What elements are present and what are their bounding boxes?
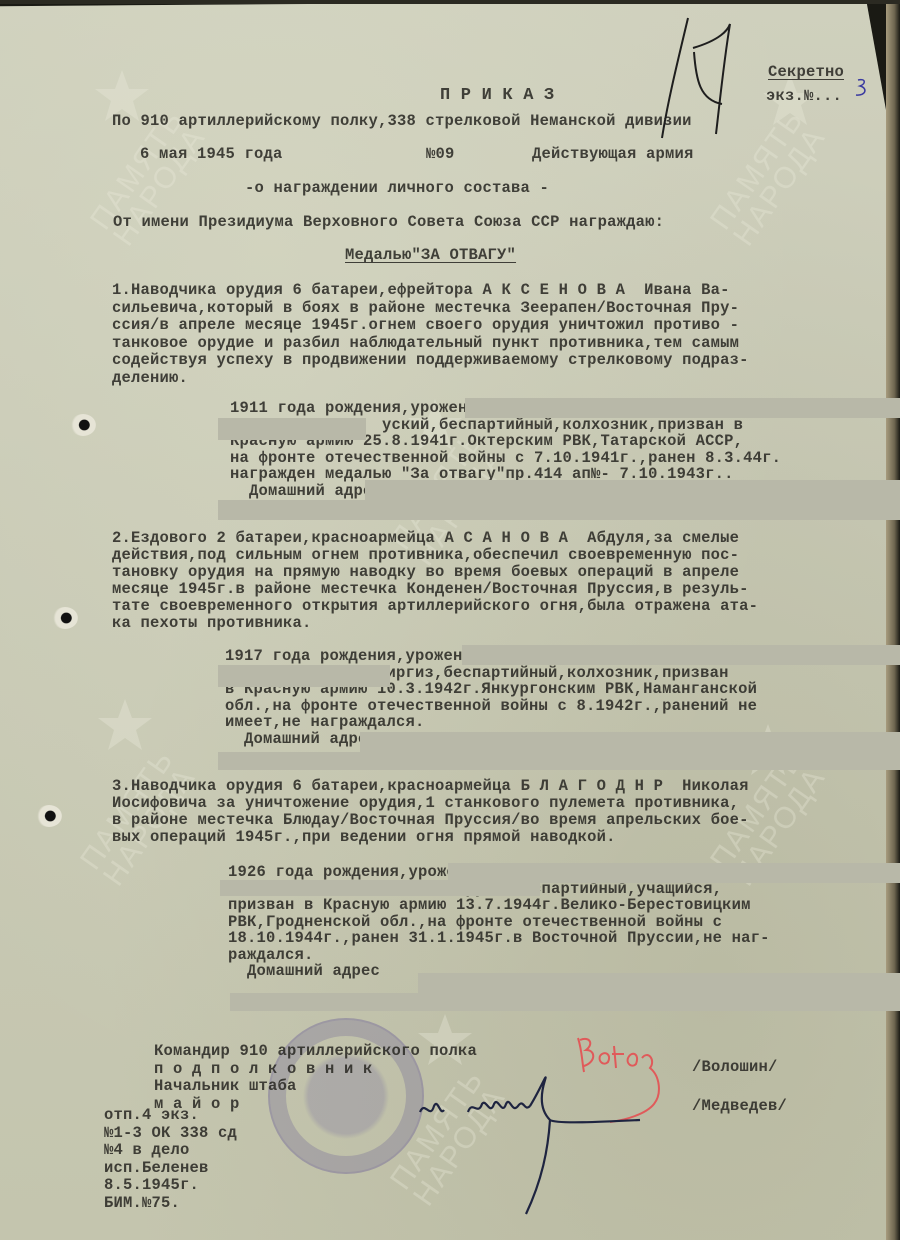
order-subtitle: По 910 артиллерийскому полку,338 стрелко… <box>112 113 692 130</box>
page-edge <box>886 0 900 1240</box>
redaction-block <box>220 880 540 896</box>
punch-hole <box>36 805 62 827</box>
redaction-block <box>218 752 900 770</box>
redaction-block <box>218 665 390 687</box>
page-title: П Р И К А З <box>440 87 554 104</box>
redaction-block <box>230 993 900 1011</box>
signature-titles: Командир 910 артиллерийского полка п о д… <box>154 1043 477 1113</box>
award-name: Медалью"ЗА ОТВАГУ" <box>345 247 516 264</box>
redaction-block <box>462 645 900 665</box>
order-location: Действующая армия <box>532 146 694 163</box>
order-number: №09 <box>426 146 455 163</box>
redaction-block <box>218 418 366 440</box>
chief-of-staff-name: /Медведев/ <box>692 1098 787 1115</box>
entry-1-citation: 1.Наводчика орудия 6 батареи,ефрейтора А… <box>112 282 749 387</box>
commander-name: /Волошин/ <box>692 1059 778 1076</box>
redaction-block <box>218 500 900 520</box>
redaction-block <box>365 480 900 500</box>
copy-number: экз.№... <box>766 88 842 105</box>
punch-hole <box>52 607 78 629</box>
punch-hole <box>70 414 96 436</box>
classification-label: Секретно <box>768 64 844 81</box>
entry-3-citation: 3.Наводчика орудия 6 батареи,красноармей… <box>112 778 749 846</box>
entry-2-citation: 2.Ездового 2 батареи,красноармейца А С А… <box>112 530 758 632</box>
redaction-block <box>465 398 900 418</box>
order-subject: -о награждении личного состава - <box>245 180 549 197</box>
watermark-star-icon <box>95 695 155 755</box>
order-preamble: От имени Президиума Верховного Совета Со… <box>113 214 664 231</box>
distribution-list: отп.4 экз. №1-3 ОК 338 сд №4 в дело исп.… <box>104 1107 237 1212</box>
redaction-block <box>360 732 900 752</box>
scan-border <box>0 0 900 4</box>
order-date: 6 мая 1945 года <box>140 146 283 163</box>
redaction-block <box>418 973 900 993</box>
